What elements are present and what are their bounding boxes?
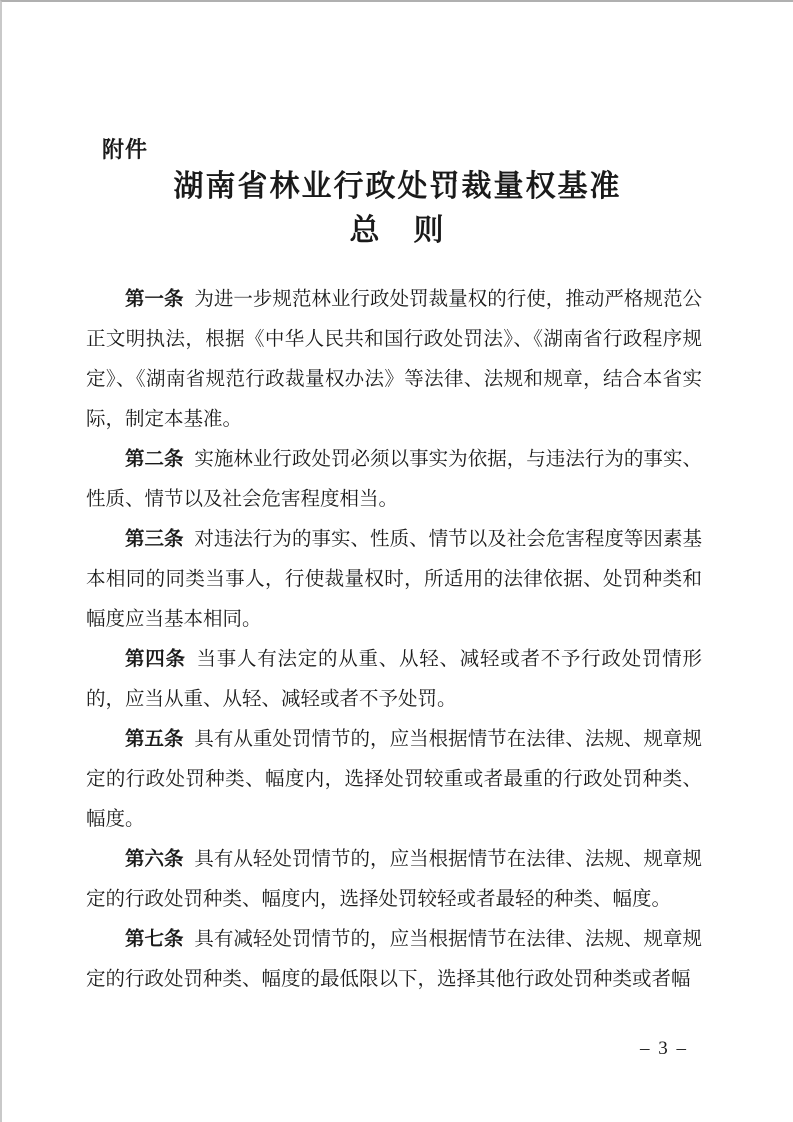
article-paragraph: 第七条具有减轻处罚情节的，应当根据情节在法律、法规、规章规定的行政处罚种类、幅度… [86,920,702,1000]
article-number: 第一条 [125,289,184,310]
article-number: 第三条 [125,529,184,550]
article-paragraph: 第三条对违法行为的事实、性质、情节以及社会危害程度等因素基本相同的同类当事人，行… [86,520,702,640]
document-title: 湖南省林业行政处罚裁量权基准 [2,167,793,207]
article-number: 第二条 [125,449,184,470]
document-body: 第一条为进一步规范林业行政处罚裁量权的行使，推动严格规范公正文明执法，根据《中华… [86,280,702,1000]
article-paragraph: 第五条具有从重处罚情节的，应当根据情节在法律、法规、规章规定的行政处罚种类、幅度… [86,720,702,840]
document-page: 附件 湖南省林业行政处罚裁量权基准 总 则 第一条为进一步规范林业行政处罚裁量权… [0,0,793,1122]
article-number: 第六条 [125,849,184,870]
article-number: 第七条 [125,929,184,950]
attachment-label: 附件 [102,136,148,164]
page-number: – 3 – [640,1036,688,1062]
article-number: 第五条 [125,729,184,750]
article-paragraph: 第一条为进一步规范林业行政处罚裁量权的行使，推动严格规范公正文明执法，根据《中华… [86,280,702,440]
article-paragraph: 第四条当事人有法定的从重、从轻、减轻或者不予行政处罚情形的，应当从重、从轻、减轻… [86,640,702,720]
article-paragraph: 第二条实施林业行政处罚必须以事实为依据，与违法行为的事实、性质、情节以及社会危害… [86,440,702,520]
section-heading: 总 则 [2,211,793,251]
article-text: 为进一步规范林业行政处罚裁量权的行使，推动严格规范公正文明执法，根据《中华人民共… [86,289,702,430]
article-number: 第四条 [125,649,186,670]
article-paragraph: 第六条具有从轻处罚情节的，应当根据情节在法律、法规、规章规定的行政处罚种类、幅度… [86,840,702,920]
